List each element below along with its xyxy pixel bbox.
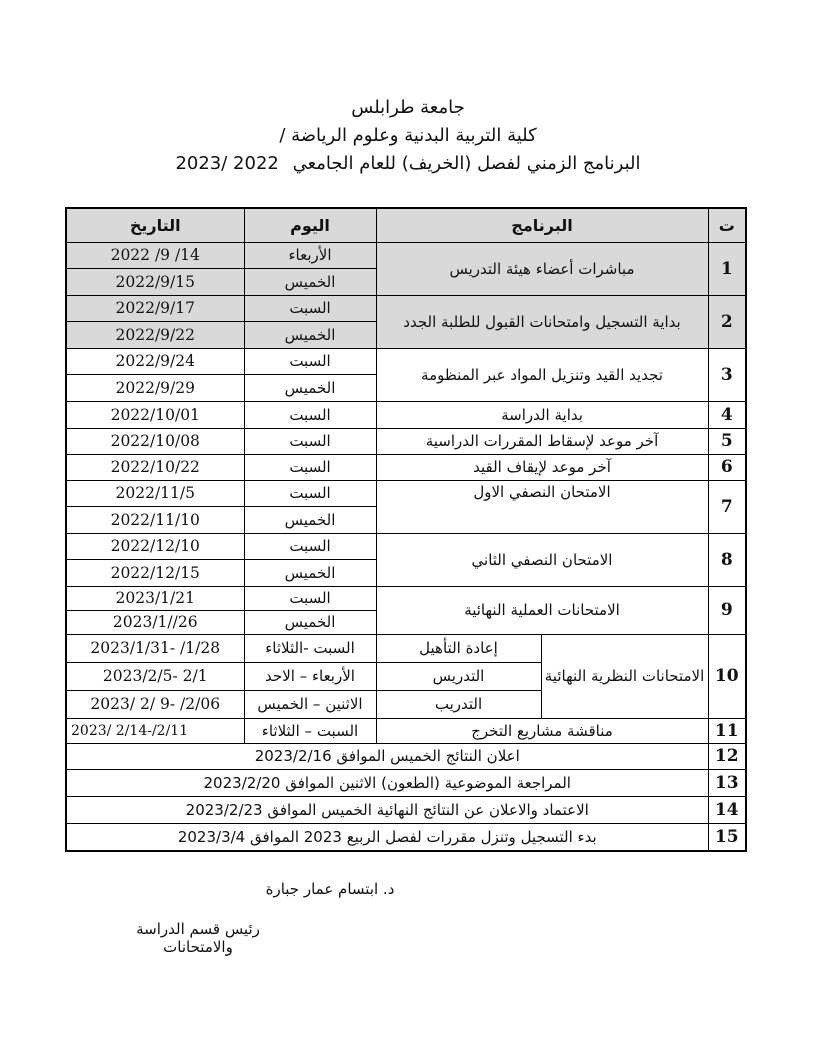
table-row: 1 مباشرات أعضاء هيئة التدريس الأربعاء 20… bbox=[66, 242, 746, 268]
table-row: 5 آخر موعد لإسقاط المقررات الدراسية السب… bbox=[66, 428, 746, 454]
table-row: 12 اعلان النتائج الخميس الموافق 2023/2/1… bbox=[66, 743, 746, 769]
day-cell: السبت bbox=[244, 480, 376, 506]
table-row: 9 الامتحانات العملية النهائية السبت 2023… bbox=[66, 586, 746, 610]
program-cell: بداية الدراسة bbox=[376, 401, 708, 428]
date-cell: 2022/9/29 bbox=[66, 374, 244, 401]
date-cell: 2022/9/24 bbox=[66, 348, 244, 374]
document-page: جامعة طرابلس كلية التربية البدنية وعلوم … bbox=[0, 0, 816, 1056]
day-cell: الخميس bbox=[244, 321, 376, 348]
date-cell: 2023/1/21 bbox=[66, 586, 244, 610]
header-day: اليوم bbox=[244, 208, 376, 242]
header-date: التاريخ bbox=[66, 208, 244, 242]
academic-year: 2023/ 2022 bbox=[175, 153, 278, 174]
table-row: 10 الامتحانات النظرية النهائية إعادة الت… bbox=[66, 634, 746, 662]
date-cell: 2022/11/5 bbox=[66, 480, 244, 506]
day-cell: الأربعاء – الاحد bbox=[244, 662, 376, 690]
program-cell: تجديد القيد وتنزيل المواد عبر المنظومة bbox=[376, 348, 708, 401]
university-name: جامعة طرابلس bbox=[0, 94, 816, 122]
date-cell: 2023/1/31- /1/28 bbox=[66, 634, 244, 662]
program-cell: الامتحان النصفي الاول bbox=[376, 480, 708, 533]
program-cell: آخر موعد لإيقاف القيد bbox=[376, 454, 708, 480]
table-row: 15 بدء التسجيل وتنزل مقررات لفصل الربيع … bbox=[66, 823, 746, 851]
program-cell: مناقشة مشاريع التخرج bbox=[376, 718, 708, 743]
row-num: 1 bbox=[708, 242, 746, 295]
table-row: 6 آخر موعد لإيقاف القيد السبت 2022/10/22 bbox=[66, 454, 746, 480]
table-row: 3 تجديد القيد وتنزيل المواد عبر المنظومة… bbox=[66, 348, 746, 374]
day-cell: السبت – الثلاثاء bbox=[244, 718, 376, 743]
header-program: البرنامج bbox=[376, 208, 708, 242]
date-cell: 2022/9/17 bbox=[66, 295, 244, 321]
table-row: 4 بداية الدراسة السبت 2022/10/01 bbox=[66, 401, 746, 428]
row-num: 4 bbox=[708, 401, 746, 428]
table-row: 13 المراجعة الموضوعية (الطعون) الاثنين ا… bbox=[66, 769, 746, 796]
program-cell: الامتحانات النظرية النهائية bbox=[541, 634, 708, 718]
row-num: 11 bbox=[708, 718, 746, 743]
row-num: 5 bbox=[708, 428, 746, 454]
date-cell: 2023/ 2/ 9- /2/06 bbox=[66, 690, 244, 718]
day-cell: السبت bbox=[244, 428, 376, 454]
table-row: 7 الامتحان النصفي الاول السبت 2022/11/5 bbox=[66, 480, 746, 506]
date-cell: 2022/11/10 bbox=[66, 506, 244, 533]
date-cell: 2022 /9 /14 bbox=[66, 242, 244, 268]
day-cell: السبت bbox=[244, 533, 376, 559]
signature-name: د. ابتسام عمار جبارة bbox=[245, 880, 415, 898]
program-cell: آخر موعد لإسقاط المقررات الدراسية bbox=[376, 428, 708, 454]
row-num: 2 bbox=[708, 295, 746, 348]
program-cell: الامتحان النصفي الثاني bbox=[376, 533, 708, 586]
row-num: 9 bbox=[708, 586, 746, 634]
day-cell: الخميس bbox=[244, 610, 376, 634]
header-num: ت bbox=[708, 208, 746, 242]
row-num: 8 bbox=[708, 533, 746, 586]
program-cell: الامتحانات العملية النهائية bbox=[376, 586, 708, 634]
faculty-name: كلية التربية البدنية وعلوم الرياضة / bbox=[0, 122, 816, 150]
row-num: 14 bbox=[708, 796, 746, 823]
day-cell: الأربعاء bbox=[244, 242, 376, 268]
row-num: 12 bbox=[708, 743, 746, 769]
table-row: 11 مناقشة مشاريع التخرج السبت – الثلاثاء… bbox=[66, 718, 746, 743]
day-cell: الخميس bbox=[244, 559, 376, 586]
date-cell: 2022/9/22 bbox=[66, 321, 244, 348]
full-row-cell: بدء التسجيل وتنزل مقررات لفصل الربيع 202… bbox=[66, 823, 708, 851]
table-row: 8 الامتحان النصفي الثاني السبت 2022/12/1… bbox=[66, 533, 746, 559]
sub-label-cell: إعادة التأهيل bbox=[376, 634, 541, 662]
full-row-cell: اعلان النتائج الخميس الموافق 2023/2/16 bbox=[66, 743, 708, 769]
row-num: 10 bbox=[708, 634, 746, 718]
date-cell: 2022/12/15 bbox=[66, 559, 244, 586]
day-cell: السبت bbox=[244, 348, 376, 374]
row-num: 6 bbox=[708, 454, 746, 480]
schedule-title-text: البرنامج الزمني لفصل (الخريف) للعام الجا… bbox=[293, 153, 641, 174]
signature-role: رئيس قسم الدراسة والامتحانات bbox=[100, 920, 296, 956]
day-cell: السبت bbox=[244, 586, 376, 610]
date-cell: 2022/10/22 bbox=[66, 454, 244, 480]
row-num: 13 bbox=[708, 769, 746, 796]
date-cell: 2022/10/08 bbox=[66, 428, 244, 454]
row-num: 7 bbox=[708, 480, 746, 533]
row-num: 15 bbox=[708, 823, 746, 851]
day-cell: الاثنين – الخميس bbox=[244, 690, 376, 718]
day-cell: السبت -الثلاثاء bbox=[244, 634, 376, 662]
row-num: 3 bbox=[708, 348, 746, 401]
date-cell: 2022/9/15 bbox=[66, 268, 244, 295]
table-row: 14 الاعتماد والاعلان عن النتائج النهائية… bbox=[66, 796, 746, 823]
date-cell: 2023/2/5- 2/1 bbox=[66, 662, 244, 690]
program-cell: بداية التسجيل وامتحانات القبول للطلبة ال… bbox=[376, 295, 708, 348]
day-cell: السبت bbox=[244, 295, 376, 321]
document-header: جامعة طرابلس كلية التربية البدنية وعلوم … bbox=[0, 94, 816, 178]
day-cell: الخميس bbox=[244, 506, 376, 533]
day-cell: السبت bbox=[244, 454, 376, 480]
schedule-table: ت البرنامج اليوم التاريخ 1 مباشرات أعضاء… bbox=[65, 207, 747, 852]
schedule-title: البرنامج الزمني لفصل (الخريف) للعام الجا… bbox=[0, 150, 816, 178]
full-row-cell: الاعتماد والاعلان عن النتائج النهائية ال… bbox=[66, 796, 708, 823]
sub-label-cell: التدريب bbox=[376, 690, 541, 718]
date-cell: 2023/1//26 bbox=[66, 610, 244, 634]
date-cell: 2022/12/10 bbox=[66, 533, 244, 559]
date-cell: 2022/10/01 bbox=[66, 401, 244, 428]
table-header-row: ت البرنامج اليوم التاريخ bbox=[66, 208, 746, 242]
program-cell: مباشرات أعضاء هيئة التدريس bbox=[376, 242, 708, 295]
date-cell: 2023/ 2/14-/2/11 bbox=[66, 718, 244, 743]
day-cell: الخميس bbox=[244, 268, 376, 295]
full-row-cell: المراجعة الموضوعية (الطعون) الاثنين المو… bbox=[66, 769, 708, 796]
table-row: 2 بداية التسجيل وامتحانات القبول للطلبة … bbox=[66, 295, 746, 321]
day-cell: الخميس bbox=[244, 374, 376, 401]
day-cell: السبت bbox=[244, 401, 376, 428]
sub-label-cell: التدريس bbox=[376, 662, 541, 690]
